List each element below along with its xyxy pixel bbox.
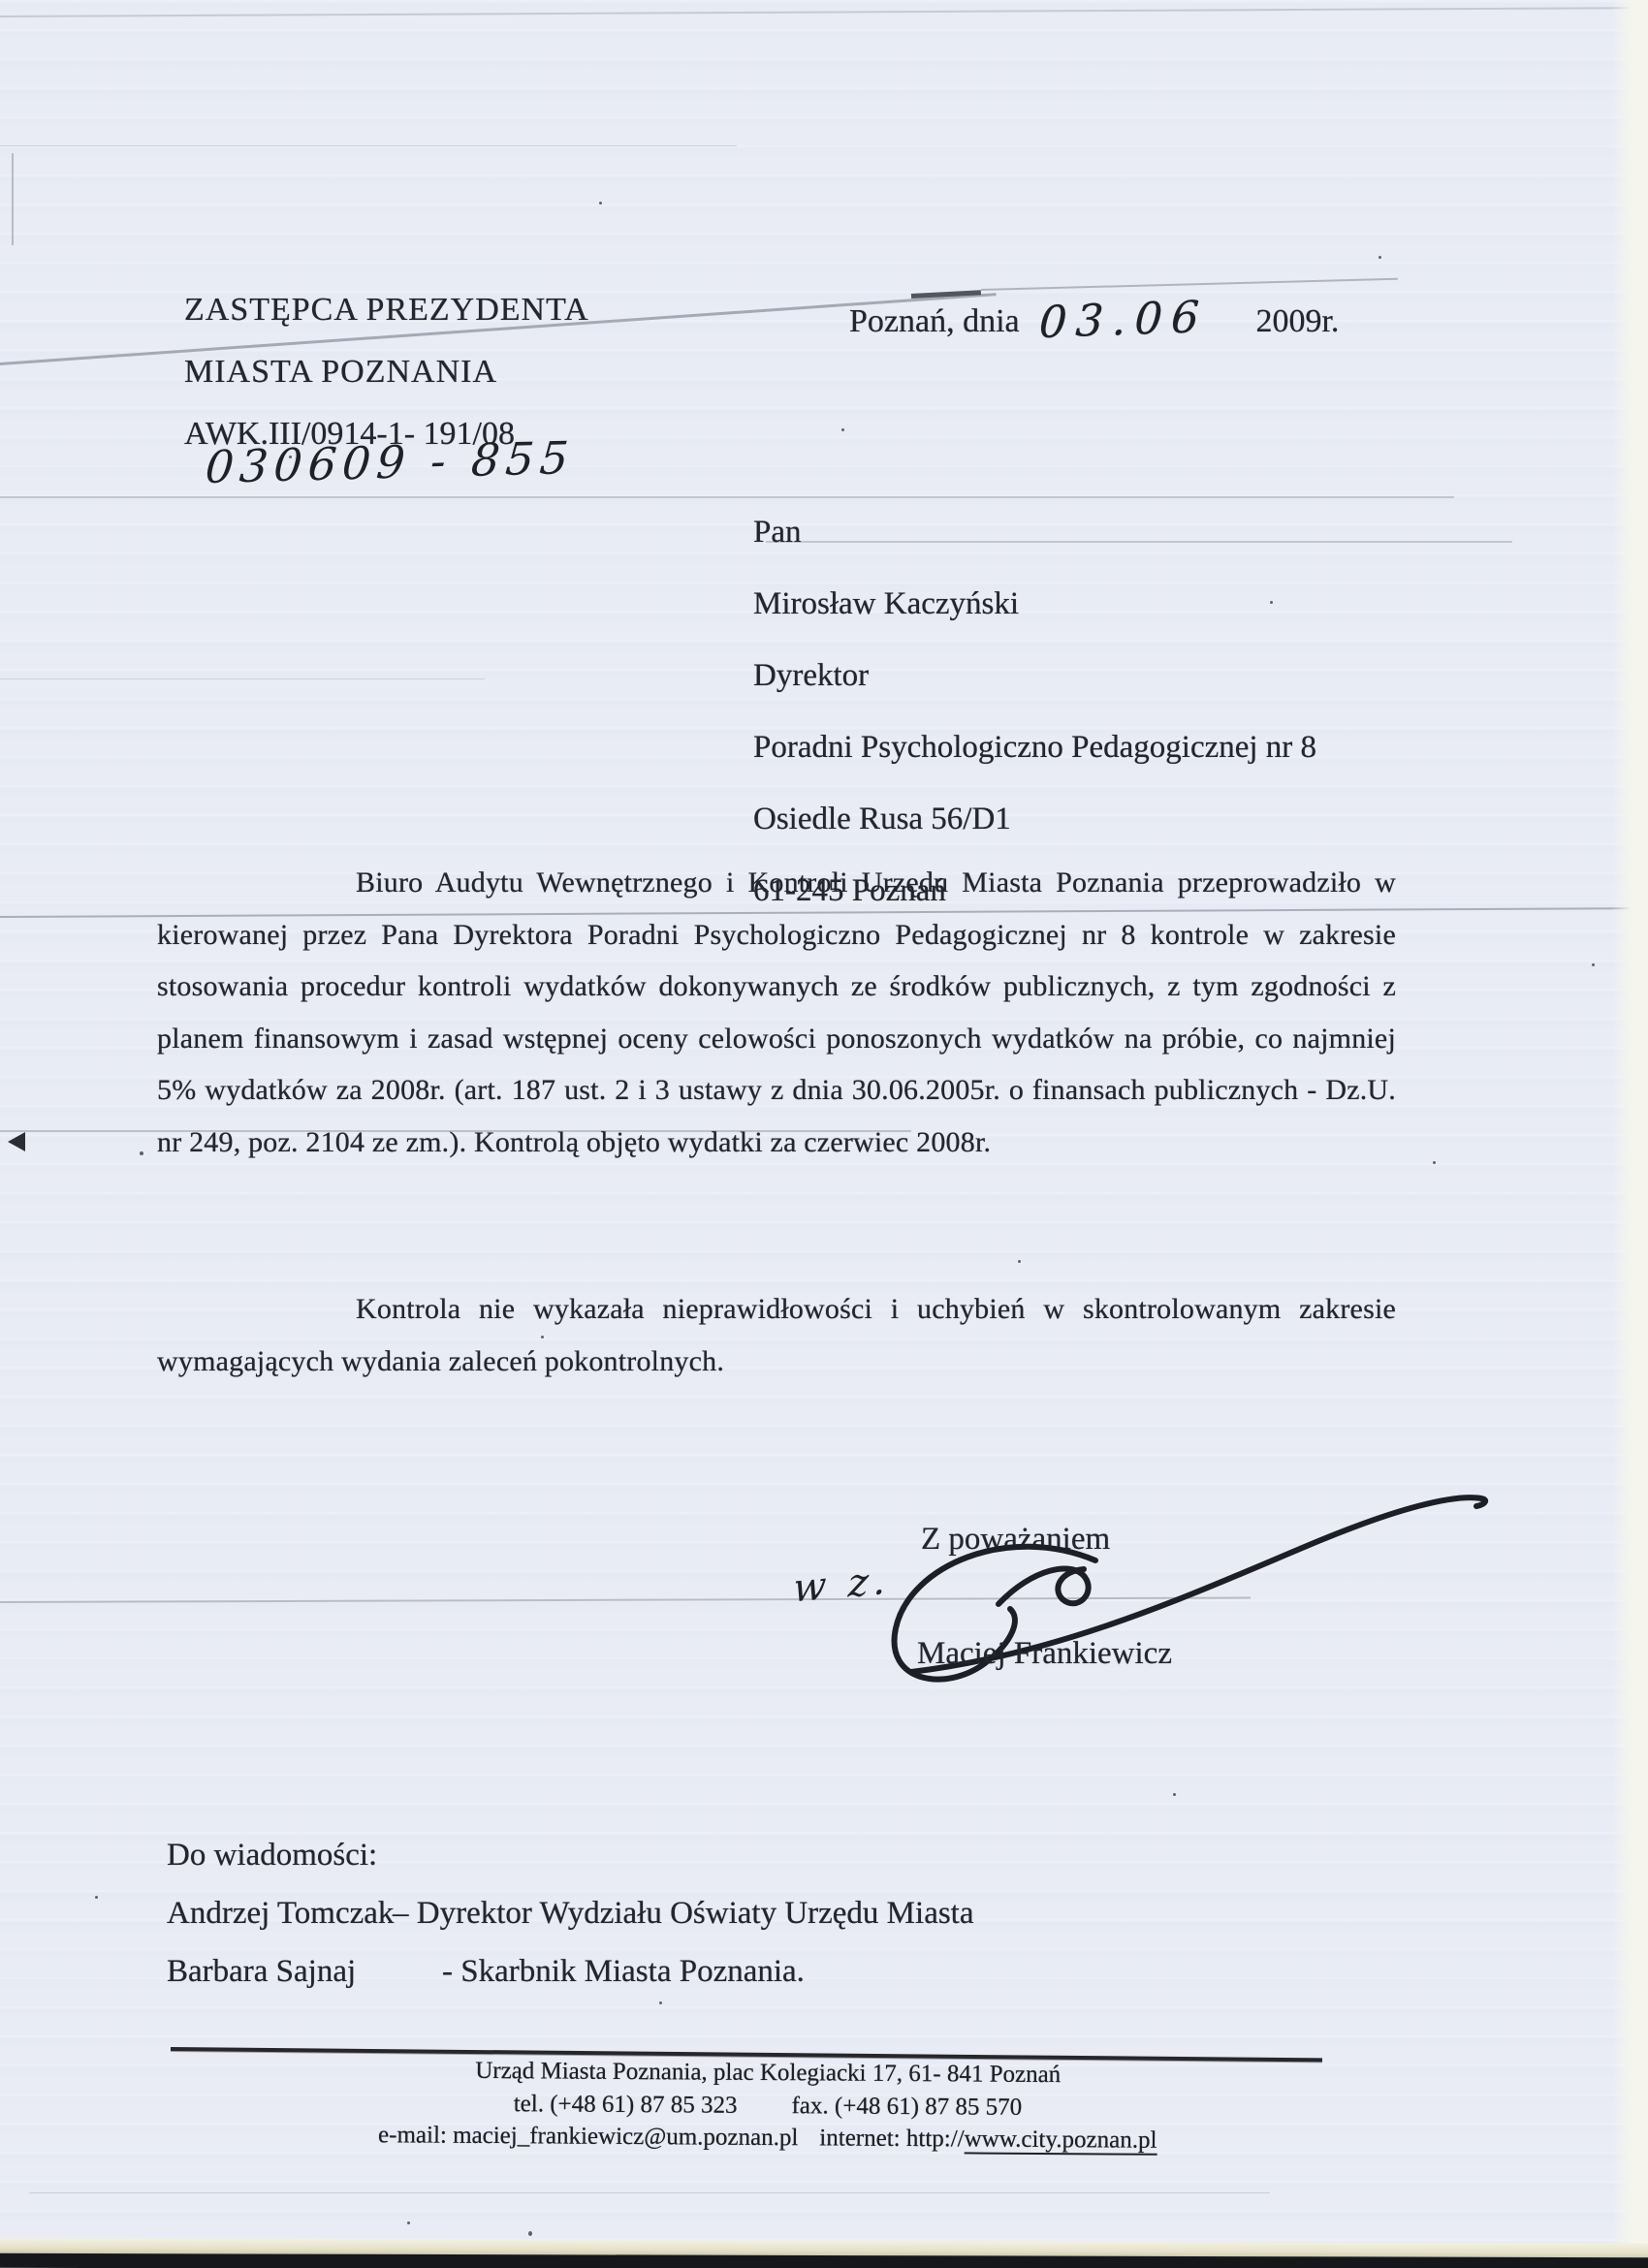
scan-line xyxy=(12,153,14,245)
recipient-position: Dyrektor xyxy=(753,640,1316,711)
cc-entry: Andrzej Tomczak – Dyrektor Wydziału Oświ… xyxy=(167,1896,974,1932)
scan-speck xyxy=(659,2001,662,2004)
scan-line xyxy=(0,678,485,679)
scan-speck xyxy=(1018,1260,1021,1263)
body-paragraph-2: Kontrola nie wykazała nieprawidłowości i… xyxy=(157,1283,1396,1387)
crease-line xyxy=(981,278,1398,291)
dateline-prefix: Poznań, dnia xyxy=(849,303,1020,339)
handwritten-filing-number: 030609 - 855 xyxy=(204,431,576,493)
footer-url: www.city.poznan.pl xyxy=(965,2126,1157,2155)
scan-speck xyxy=(1173,1793,1176,1796)
scan-right-edge xyxy=(1611,0,1648,2268)
scan-speck xyxy=(528,2231,532,2236)
cc-title: - Skarbnik Miasta Poznania. xyxy=(442,1954,805,1990)
scan-line xyxy=(29,2192,1270,2193)
scan-speck xyxy=(1592,963,1595,966)
footer-url-prefix: http:// xyxy=(906,2126,965,2152)
footer-email-label: e-mail: xyxy=(378,2122,447,2148)
footer-internet-label: internet: xyxy=(819,2125,900,2152)
footer-tel: tel. (+48 61) 87 85 323 xyxy=(514,2091,738,2119)
scanned-letter-page: ZASTĘPCA PREZYDENTA MIASTA POZNANIA AWK.… xyxy=(0,0,1648,2268)
dateline-year: 2009r. xyxy=(1255,303,1339,339)
cc-title: – Dyrektor Wydziału Oświaty Urzędu Miast… xyxy=(393,1896,974,1932)
scan-line xyxy=(0,7,1648,17)
sender-title-line: ZASTĘPCA PREZYDENTA xyxy=(184,279,589,341)
handwritten-date: 03.06 xyxy=(1037,291,1209,348)
recipient-institution: Poradni Psychologiczno Pedagogicznej nr … xyxy=(753,711,1316,783)
body-paragraph-1: Biuro Audytu Wewnętrznego i Kontroli Urz… xyxy=(157,857,1396,1168)
recipient-name: Mirosław Kaczyński xyxy=(753,568,1316,640)
cc-entry: Barbara Sajnaj - Skarbnik Miasta Poznani… xyxy=(167,1954,805,1990)
scan-speck xyxy=(1379,256,1381,259)
cc-heading: Do wiadomości: xyxy=(167,1838,377,1874)
recipient-street: Osiedle Rusa 56/D1 xyxy=(753,783,1316,855)
footer-email: maciej_frankiewicz@um.poznan.pl xyxy=(453,2123,798,2151)
scan-speck xyxy=(95,1896,98,1899)
scan-speck xyxy=(140,1151,143,1155)
scan-line xyxy=(0,145,737,146)
scan-speck xyxy=(599,202,602,205)
recipient-salutation: Pan xyxy=(753,496,1316,568)
footer-fax: fax. (+48 61) 87 85 570 xyxy=(791,2093,1022,2121)
scan-speck xyxy=(407,2221,410,2224)
cc-name: Barbara Sajnaj xyxy=(167,1954,442,1990)
signer-name: Maciej Frankiewicz xyxy=(917,1636,1172,1672)
sender-title-line: MIASTA POZNANIA xyxy=(184,341,589,403)
margin-arrow-marker xyxy=(8,1132,25,1151)
cc-name: Andrzej Tomczak xyxy=(167,1896,393,1932)
dateline: Poznań, dnia03.062009r. xyxy=(849,291,1339,342)
scan-speck xyxy=(1433,1161,1436,1164)
scan-speck xyxy=(841,428,844,431)
footer-block: Urząd Miasta Poznania, plac Kolegiacki 1… xyxy=(157,2053,1379,2158)
